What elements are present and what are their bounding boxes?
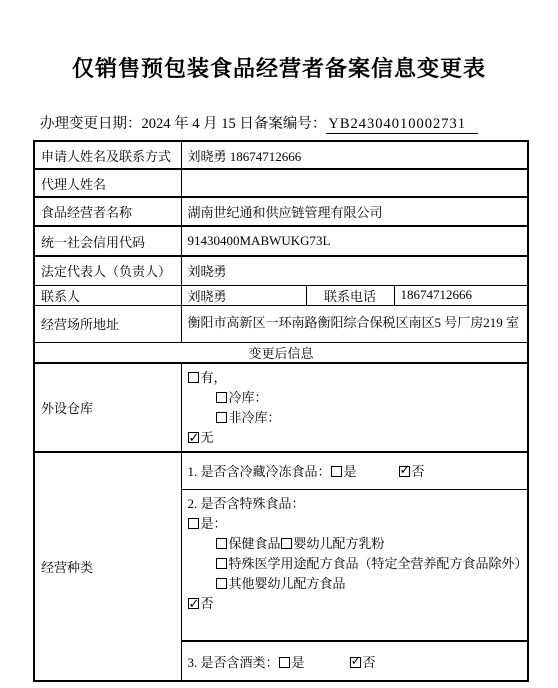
warehouse-none-label: 无 bbox=[201, 430, 214, 445]
q1-yes-checkbox[interactable] bbox=[331, 466, 342, 477]
q2-infant-milk-label: 婴幼儿配方乳粉 bbox=[294, 536, 385, 551]
warehouse-cold-option: 冷库： bbox=[188, 388, 522, 408]
date-value: 2024 年 4 月 15 日 bbox=[142, 116, 254, 132]
q2-health-checkbox[interactable] bbox=[216, 538, 227, 549]
q3-no-label: 否 bbox=[363, 655, 376, 670]
date-record-line: 办理变更日期：2024 年 4 月 15 日备案编号：YB24304010002… bbox=[40, 112, 540, 133]
q2-suboption-1: 保健食品婴幼儿配方乳粉 bbox=[188, 534, 522, 554]
q1-text: 1. 是否含冷藏冷冻食品： bbox=[188, 464, 331, 479]
row-section-header: 变更后信息 bbox=[34, 342, 528, 363]
warehouse-options: 有， 冷库： 非冷库： 无 bbox=[181, 363, 528, 452]
q1-yes-label: 是 bbox=[344, 464, 357, 479]
q2-suboption-2: 特殊医学用途配方食品（特定全营养配方食品除外） bbox=[188, 554, 522, 574]
legal-rep-label: 法定代表人（负责人） bbox=[34, 256, 181, 285]
record-label: 备案编号： bbox=[254, 116, 327, 132]
record-number: YB24304010002731 bbox=[326, 116, 478, 134]
q2-suboption-3: 其他婴幼儿配方食品 bbox=[188, 574, 522, 594]
q2-yes-option: 是： bbox=[188, 514, 522, 534]
row-business-q1: 经营种类 1. 是否含冷藏冷冻食品：是否 bbox=[34, 452, 528, 490]
q2-no-checkbox[interactable] bbox=[188, 598, 199, 609]
row-agent: 代理人姓名 bbox=[34, 169, 528, 197]
warehouse-have-checkbox[interactable] bbox=[188, 372, 199, 383]
phone-label: 联系电话 bbox=[306, 285, 394, 305]
q2-other-infant-checkbox[interactable] bbox=[216, 578, 227, 589]
warehouse-label: 外设仓库 bbox=[34, 363, 181, 452]
section-header: 变更后信息 bbox=[34, 342, 528, 363]
q3-text: 3. 是否含酒类： bbox=[188, 655, 279, 670]
warehouse-have-option: 有， bbox=[188, 368, 522, 388]
business-q2: 2. 是否含特殊食品： 是： 保健食品婴幼儿配方乳粉 特殊医学用途配方食品（特定… bbox=[181, 490, 528, 642]
q2-medical-label: 特殊医学用途配方食品（特定全营养配方食品除外） bbox=[229, 556, 528, 571]
legal-rep-value: 刘晓勇 bbox=[181, 256, 528, 285]
credit-code-value: 91430400MABWUKG73L bbox=[181, 226, 528, 256]
applicant-value: 刘晓勇 18674712666 bbox=[181, 141, 528, 169]
row-warehouse: 外设仓库 有， 冷库： 非冷库： 无 bbox=[34, 363, 528, 452]
q2-no-label: 否 bbox=[201, 596, 214, 611]
date-label: 办理变更日期： bbox=[40, 116, 142, 132]
warehouse-none-option: 无 bbox=[188, 428, 522, 448]
operator-value: 湖南世纪通和供应链管理有限公司 bbox=[181, 197, 528, 226]
q1-no-label: 否 bbox=[412, 464, 425, 479]
q2-text: 2. 是否含特殊食品： bbox=[188, 494, 522, 514]
warehouse-none-checkbox[interactable] bbox=[188, 432, 199, 443]
address-label: 经营场所地址 bbox=[34, 305, 181, 342]
business-q3: 3. 是否含酒类：是否 bbox=[181, 641, 528, 681]
credit-code-label: 统一社会信用代码 bbox=[34, 226, 181, 256]
form-title: 仅销售预包装食品经营者备案信息变更表 bbox=[0, 52, 558, 83]
warehouse-cold-checkbox[interactable] bbox=[216, 392, 227, 403]
q2-yes-checkbox[interactable] bbox=[188, 518, 199, 529]
contact-label: 联系人 bbox=[34, 285, 181, 305]
q2-health-label: 保健食品 bbox=[229, 536, 281, 551]
q2-yes-label: 是： bbox=[201, 516, 227, 531]
row-operator: 食品经营者名称 湖南世纪通和供应链管理有限公司 bbox=[34, 197, 528, 226]
warehouse-noncold-option: 非冷库： bbox=[188, 408, 522, 428]
operator-label: 食品经营者名称 bbox=[34, 197, 181, 226]
q3-yes-label: 是 bbox=[292, 655, 305, 670]
applicant-label: 申请人姓名及联系方式 bbox=[34, 141, 181, 169]
phone-value: 18674712666 bbox=[394, 285, 528, 305]
q3-yes-checkbox[interactable] bbox=[279, 657, 290, 668]
q2-other-infant-label: 其他婴幼儿配方食品 bbox=[229, 576, 346, 591]
row-legal-rep: 法定代表人（负责人） 刘晓勇 bbox=[34, 256, 528, 285]
row-credit-code: 统一社会信用代码 91430400MABWUKG73L bbox=[34, 226, 528, 256]
warehouse-cold-label: 冷库： bbox=[229, 390, 268, 405]
row-contact: 联系人 刘晓勇 联系电话 18674712666 bbox=[34, 285, 528, 305]
agent-label: 代理人姓名 bbox=[34, 169, 181, 197]
q2-no-option: 否 bbox=[188, 594, 522, 614]
q3-no-checkbox[interactable] bbox=[350, 657, 361, 668]
row-address: 经营场所地址 衡阳市高新区一环南路衡阳综合保税区南区5 号厂房219 室 bbox=[34, 305, 528, 342]
q2-infant-milk-checkbox[interactable] bbox=[281, 538, 292, 549]
warehouse-noncold-checkbox[interactable] bbox=[216, 412, 227, 423]
form-table: 申请人姓名及联系方式 刘晓勇 18674712666 代理人姓名 食品经营者名称… bbox=[33, 140, 529, 682]
row-applicant: 申请人姓名及联系方式 刘晓勇 18674712666 bbox=[34, 141, 528, 169]
form-page: 仅销售预包装食品经营者备案信息变更表 办理变更日期：2024 年 4 月 15 … bbox=[0, 0, 558, 688]
warehouse-have-label: 有， bbox=[201, 370, 227, 385]
agent-value bbox=[181, 169, 528, 197]
business-label: 经营种类 bbox=[34, 452, 181, 682]
q2-medical-checkbox[interactable] bbox=[216, 558, 227, 569]
contact-value: 刘晓勇 bbox=[181, 285, 306, 305]
q1-no-checkbox[interactable] bbox=[399, 466, 410, 477]
warehouse-noncold-label: 非冷库： bbox=[229, 410, 281, 425]
address-value: 衡阳市高新区一环南路衡阳综合保税区南区5 号厂房219 室 bbox=[181, 305, 528, 342]
business-q1: 1. 是否含冷藏冷冻食品：是否 bbox=[181, 452, 528, 490]
